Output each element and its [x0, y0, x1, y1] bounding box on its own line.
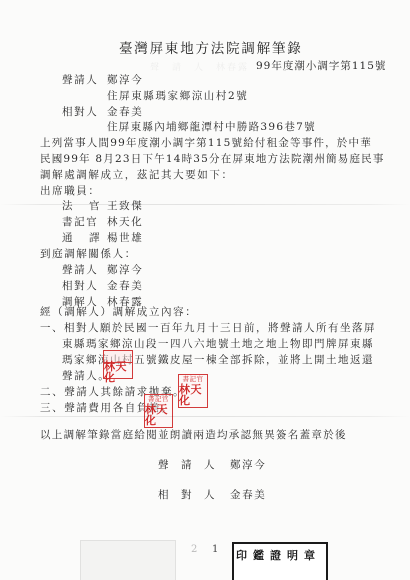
staff-role: 法 官	[62, 200, 103, 213]
applicant-name: 鄭淳今	[107, 74, 143, 87]
clerk-seal-stamp: 書記官 林天化	[178, 374, 208, 408]
bleed-through-text: 聲 請 人 林春露	[150, 60, 249, 73]
party-role: 聲請人	[62, 264, 98, 277]
signature-respondent-name: 金春美	[230, 489, 266, 502]
stamp-title: 書記官	[148, 396, 169, 403]
court-mediation-record-page: 聲 請 人 林春露 臺灣屏東地方法院調解筆錄 99年度潮小調字第115號 聲請人…	[0, 0, 410, 580]
page-number: 1	[212, 544, 218, 555]
applicant-label: 聲請人	[62, 74, 98, 87]
applicant-address: 住屏東縣瑪家鄉涼山村2號	[107, 90, 248, 103]
document-title: 臺灣屏東地方法院調解筆錄	[119, 37, 303, 57]
stamp-name: 林天化	[179, 384, 207, 406]
paper-fold-line	[0, 416, 410, 417]
intro-line-3: 調解處調解成立，茲記其大要如下：	[40, 169, 234, 182]
attending-staff-heading: 出席職員：	[40, 185, 101, 198]
respondent-label: 相對人	[62, 106, 98, 119]
attending-parties-heading: 到庭調解關係人：	[40, 248, 137, 261]
staff-name: 楊世雄	[107, 232, 143, 245]
party-name: 鄭淳今	[107, 264, 143, 277]
intro-line-1: 上列當事人間99年度潮小調字第115號給付租金等事件，於中華	[40, 137, 372, 150]
faint-seal-imprint	[80, 540, 176, 580]
perforation-seal: 印鑑證明章	[232, 542, 328, 580]
faint-page-number: 2	[191, 544, 197, 555]
stamp-title: 書記官	[183, 376, 204, 383]
settlement-heading: 經（調解人）調解成立內容：	[40, 306, 197, 319]
closing-statement: 以上調解筆錄當庭給閱並朗讀兩造均承認無異簽名蓋章於後	[40, 429, 347, 442]
stamp-name: 林天化	[104, 361, 132, 383]
signature-respondent-label: 相 對 人	[158, 489, 216, 502]
respondent-name: 金春美	[107, 106, 143, 119]
signature-applicant-name: 鄭淳今	[230, 459, 266, 472]
party-role: 相對人	[62, 280, 98, 293]
correction-seal-stamp: 林天化	[103, 362, 133, 379]
clerk-seal-stamp: 書記官 林天化	[144, 394, 173, 428]
respondent-address: 住屏東縣內埔鄉龍潭村中勝路396巷7號	[107, 121, 316, 134]
intro-line-2: 民國99年 8月23日下午14時35分在屏東地方法院潮州簡易庭民事	[40, 153, 385, 166]
seal-text: 印鑑證明章	[236, 547, 321, 563]
staff-name: 林天化	[107, 216, 143, 229]
staff-role: 書記官	[62, 216, 98, 229]
signature-applicant-label: 聲 請 人	[158, 459, 216, 472]
party-name: 金春美	[107, 280, 143, 293]
staff-role: 通 譯	[62, 232, 103, 245]
staff-name: 王致傑	[107, 200, 143, 213]
settlement-item-1-line-1: 一、相對人願於民國一百年九月十三日前，將聲請人所有坐落屏	[40, 322, 376, 335]
case-number: 99年度潮小調字第115號	[256, 58, 386, 73]
